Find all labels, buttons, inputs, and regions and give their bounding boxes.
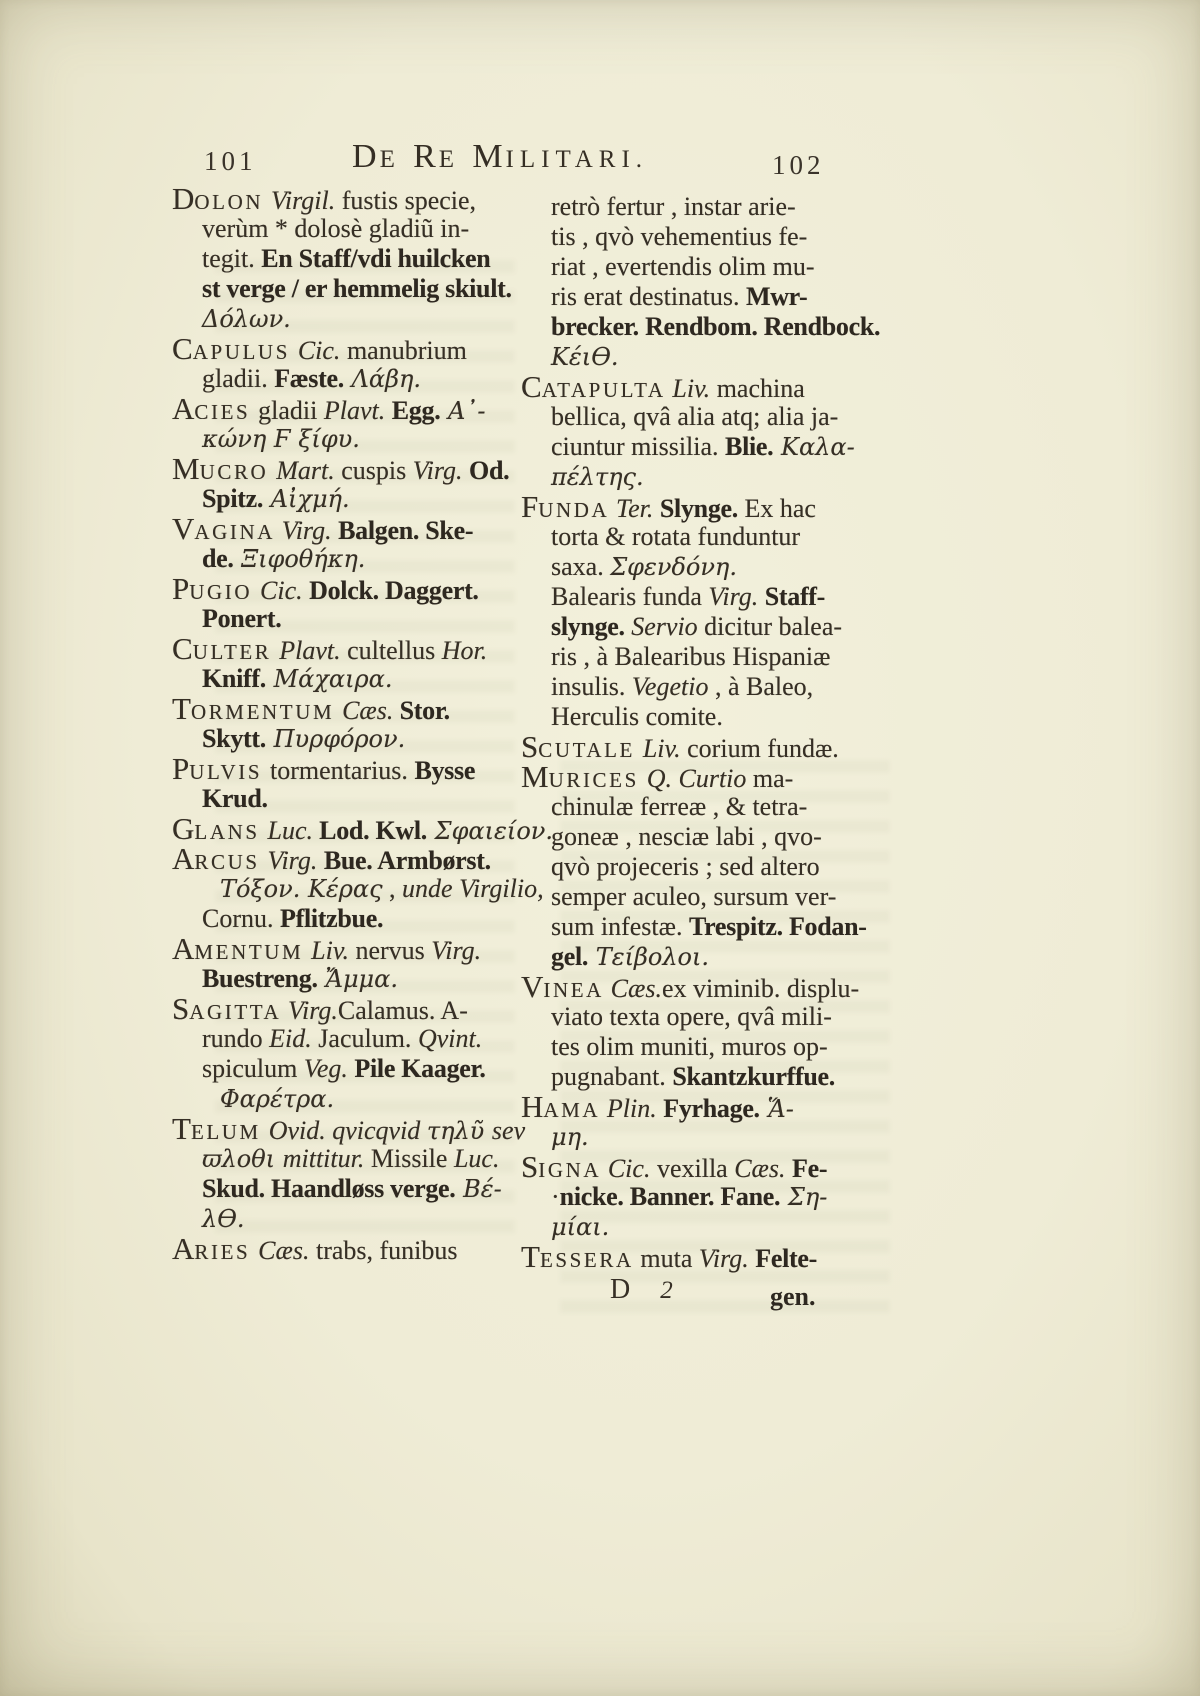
greek-text: Ἄμμα.	[318, 965, 398, 993]
blackletter-text: de.	[202, 544, 234, 573]
italic-text: Virg.	[413, 456, 463, 485]
initial-capital: F	[521, 489, 538, 524]
smallcaps-text: ULVIS	[189, 760, 270, 784]
page-title: DE RE MILITARI.	[352, 138, 648, 176]
catchword: gen.	[770, 1282, 816, 1312]
blackletter-text: Skantzkurffue.	[672, 1062, 835, 1091]
smallcaps-text: OLON	[194, 190, 271, 214]
greek-text: Μάχαιρα.	[266, 665, 393, 693]
text-line: VINEA Cæs.ex viminib. displu-	[521, 972, 913, 1002]
text-line: ARIES Cæs. trabs, funibus	[172, 1234, 518, 1264]
smallcaps-text: AGITTA	[189, 1000, 288, 1024]
italic-text: Luc.	[267, 816, 313, 845]
text-segment: viato texta opere, qvâ mili-	[551, 1002, 832, 1031]
text-line: de. Ξιφοθήκη.	[172, 544, 518, 574]
italic-text: Cic.	[298, 336, 341, 365]
text-line: CULTER Plavt. cultellus Hor.	[172, 634, 518, 664]
initial-capital: T	[521, 1239, 540, 1274]
blackletter-text: slynge.	[551, 612, 625, 641]
text-line: bellica, qvâ alia atq; alia ja-	[521, 402, 913, 432]
blackletter-text: Krud.	[202, 784, 268, 813]
text-line: gladii. Fæste. Λάβη.	[172, 364, 518, 394]
text-line: slynge. Servio dicitur balea-	[521, 612, 913, 642]
italic-text: Cæs.	[611, 974, 662, 1003]
text-line: tegit. En Staff/vdi huilcken	[172, 244, 518, 274]
text-line: TELUM Ovid. qvicqvid τηλῦ sev	[172, 1114, 518, 1144]
blackletter-text: Skud. Haandløss verge.	[202, 1174, 455, 1203]
text-line: verùm * dolosè gladiũ in-	[172, 214, 518, 244]
text-line: PUGIO Cic. Dolck. Daggert.	[172, 574, 518, 604]
italic-text: Luc.	[454, 1144, 500, 1173]
italic-text: Virg.	[288, 996, 338, 1025]
italic-text: Ovid.	[269, 1116, 326, 1145]
text-line: MUCRO Mart. cuspis Virg. Od.	[172, 454, 518, 484]
text-segment: nervus	[349, 936, 431, 965]
greek-text: μίαι.	[551, 1213, 609, 1241]
text-line: torta & rotata funduntur	[521, 522, 913, 552]
italic-text: Virg.	[699, 1244, 749, 1273]
text-line: goneæ , nesciæ labi , qvo-	[521, 822, 913, 852]
text-line: DOLON Virgil. fustis specie,	[172, 184, 518, 214]
italic-text: Cic.	[260, 576, 303, 605]
text-segment: bellica, qvâ alia atq; alia ja-	[551, 402, 838, 431]
text-segment: saxa.	[551, 552, 610, 581]
text-segment: gladii.	[202, 364, 274, 393]
text-line: ·nicke. Banner. Fane. Ση-	[521, 1182, 913, 1212]
text-segment: sum infestæ.	[551, 912, 689, 941]
initial-capital: D	[172, 181, 194, 216]
text-segment: verùm * dolosè gladiũ in-	[202, 214, 469, 243]
blackletter-text: Bue. Armbørst.	[324, 846, 491, 875]
text-segment: semper aculeo, sursum ver-	[551, 882, 836, 911]
text-segment: Jaculum.	[312, 1024, 418, 1053]
text-line: SCUTALE Liv. corium fundæ.	[521, 732, 913, 762]
initial-capital: V	[521, 969, 543, 1004]
smallcaps-text: AMA	[543, 1098, 607, 1122]
initial-capital: T	[172, 691, 191, 726]
blackletter-text: Mwr-	[746, 282, 807, 311]
text-segment: machina	[710, 374, 805, 403]
text-line: Herculis comite.	[521, 702, 913, 732]
greek-text: Αἰχμή.	[263, 485, 350, 513]
text-segment: R	[413, 138, 439, 175]
text-segment: goneæ , nesciæ labi , qvo-	[551, 822, 822, 851]
smallcaps-text: ESSERA	[540, 1248, 640, 1272]
italic-text: qvicqvid	[332, 1116, 427, 1145]
blackletter-text: Stor.	[393, 696, 449, 725]
italic-text: Virg.	[708, 582, 758, 611]
blackletter-text: Pflitzbue.	[280, 904, 383, 933]
page-number-left: 101	[204, 146, 257, 177]
text-line: Φαρέτρα.	[172, 1084, 518, 1114]
text-line: Krud.	[172, 784, 518, 814]
text-segment: trabs, funibus	[309, 1236, 457, 1265]
text-segment: qvò projeceris ; sed altero	[551, 852, 820, 881]
text-segment: ILITARI.	[506, 146, 649, 173]
text-line: πέλτης.	[521, 462, 913, 492]
text-line: insulis. Vegetio , à Baleo,	[521, 672, 913, 702]
text-segment: Cornu.	[202, 904, 280, 933]
text-segment: fustis specie,	[335, 186, 476, 215]
blackletter-text: Od.	[469, 456, 509, 485]
blackletter-text: Fe-	[792, 1154, 827, 1183]
italic-text: Servio	[631, 612, 697, 641]
italic-text: Vegetio	[632, 672, 709, 701]
blackletter-text: Egg.	[392, 396, 441, 425]
text-line: riat , evertendis olim mu-	[521, 252, 913, 282]
italic-text: mittitur.	[283, 1144, 365, 1173]
text-segment: rundo	[202, 1024, 269, 1053]
text-segment: Ex hac	[738, 494, 816, 523]
italic-text: Cæs.	[734, 1154, 785, 1183]
text-line: CAPULUS Cic. manubrium	[172, 334, 518, 364]
italic-text: Virg.	[268, 846, 318, 875]
text-line: viato texta opere, qvâ mili-	[521, 1002, 913, 1032]
smallcaps-text: UNDA	[538, 498, 616, 522]
text-segment: tegit.	[202, 244, 261, 273]
smallcaps-text: RIES	[194, 1240, 258, 1264]
smallcaps-text: LANS	[194, 820, 267, 844]
blackletter-text: Lod. Kwl.	[313, 816, 427, 845]
text-line: λϴ.	[172, 1204, 518, 1234]
blackletter-text: Buestreng.	[202, 964, 318, 993]
text-line: tis , qvò vehementius fe-	[521, 222, 913, 252]
smallcaps-text: UCRO	[200, 460, 277, 484]
text-line: rundo Eid. Jaculum. Qvint.	[172, 1024, 518, 1054]
italic-text: Virg.	[431, 936, 481, 965]
text-segment: cuspis	[335, 456, 413, 485]
smallcaps-text: RCUS	[194, 850, 267, 874]
smallcaps-text: ATAPULTA	[542, 378, 673, 402]
text-segment: retrò fertur , instar arie-	[551, 192, 796, 221]
italic-text: Virgil.	[271, 186, 335, 215]
smallcaps-text: ORMENTUM	[191, 700, 342, 724]
text-line: Κέιϴ.	[521, 342, 913, 372]
text-line: μη.	[521, 1122, 913, 1152]
initial-capital: A	[172, 1231, 194, 1266]
text-line: TESSERA muta Virg. Felte-	[521, 1242, 913, 1272]
blackletter-text: Pile Kaager.	[354, 1054, 485, 1083]
italic-text: Liv.	[311, 936, 349, 965]
text-line: qvò projeceris ; sed altero	[521, 852, 913, 882]
greek-text: Δόλων.	[202, 305, 291, 333]
greek-text: Βέ-	[455, 1175, 501, 1203]
text-line: SIGNA Cic. vexilla Cæs. Fe-	[521, 1152, 913, 1182]
blackletter-text: Fæste.	[274, 364, 344, 393]
text-line: ϖλοθι mittitur. Missile Luc.	[172, 1144, 518, 1174]
text-line: Cornu. Pflitzbue.	[172, 904, 518, 934]
italic-text: Liv.	[672, 374, 710, 403]
smallcaps-text: MENTUM	[194, 940, 311, 964]
text-segment: manubrium	[340, 336, 466, 365]
initial-capital: A	[172, 841, 194, 876]
text-segment: E	[439, 146, 473, 173]
text-segment: gladii	[258, 396, 324, 425]
text-segment: ma-	[746, 764, 793, 793]
greek-text: κώνη Ϝ ξίφυ.	[202, 425, 360, 453]
initial-capital: S	[172, 991, 189, 1026]
text-line: semper aculeo, sursum ver-	[521, 882, 913, 912]
smallcaps-text: APULUS	[193, 340, 298, 364]
blackletter-text: Blie.	[725, 432, 773, 461]
smallcaps-text: CUTALE	[538, 738, 643, 762]
greek-text: Ξιφοθήκη.	[234, 545, 366, 573]
italic-text: Plin.	[607, 1094, 657, 1123]
text-line: AMENTUM Liv. nervus Virg.	[172, 934, 518, 964]
blackletter-text: Trespitz. Fodan-	[689, 912, 867, 941]
book-page: 101 DE RE MILITARI. 102 DOLON Virgil. fu…	[0, 0, 1200, 1696]
italic-text: Hor.	[442, 636, 488, 665]
greek-text: τηλῦ	[427, 1117, 492, 1145]
italic-text: Plavt.	[324, 396, 385, 425]
greek-text: Ἅ-	[760, 1095, 794, 1123]
initial-capital: C	[172, 331, 193, 366]
text-segment: chinulæ ferreæ , & tetra-	[551, 792, 807, 821]
initial-capital: C	[521, 369, 542, 404]
text-line: κώνη Ϝ ξίφυ.	[172, 424, 518, 454]
greek-text: Κέιϴ.	[551, 343, 619, 371]
initial-capital: M	[172, 451, 200, 486]
text-line: ACIES gladii Plavt. Egg. Α᾽-	[172, 394, 518, 424]
blackletter-text: En Staff/vdi huilcken	[261, 244, 490, 273]
right-column: retrò fertur , instar arie-tis , qvò veh…	[521, 192, 913, 1272]
text-segment: muta	[640, 1244, 699, 1273]
text-segment: Calamus. A-	[338, 996, 468, 1025]
italic-text: Qvint.	[418, 1024, 482, 1053]
initial-capital: H	[521, 1089, 543, 1124]
text-line: saxa. Σφενδόνη.	[521, 552, 913, 582]
blackletter-text: Skytt.	[202, 724, 266, 753]
blackletter-text: Staff-	[765, 582, 825, 611]
text-line: st verge / er hemmelig skiult.	[172, 274, 518, 304]
smallcaps-text: ELUM	[191, 1120, 269, 1144]
text-segment: ·	[551, 1182, 560, 1211]
smallcaps-text: URICES	[549, 768, 647, 792]
text-line: Τόξον. Κέρας , unde Virgilio,	[172, 874, 518, 904]
smallcaps-text: INEA	[543, 978, 610, 1002]
page-number-right: 102	[772, 150, 825, 181]
text-segment: ex viminib. displu-	[662, 974, 859, 1003]
text-segment: D	[352, 138, 380, 175]
text-line: PULVIS tormentarius. Bysse	[172, 754, 518, 784]
initial-capital: V	[172, 511, 194, 546]
text-segment: ris , à Balearibus Hispaniæ	[551, 642, 830, 671]
left-column: DOLON Virgil. fustis specie,verùm * dolo…	[172, 184, 518, 1264]
blackletter-text: nicke. Banner. Fane.	[560, 1182, 781, 1211]
blackletter-text: gel.	[551, 942, 588, 971]
text-segment: ,	[383, 874, 403, 903]
text-line: Spitz. Αἰχμή.	[172, 484, 518, 514]
text-line: Δόλων.	[172, 304, 518, 334]
text-segment: tis , qvò vehementius fe-	[551, 222, 807, 251]
text-segment: torta & rotata funduntur	[551, 522, 800, 551]
text-line: chinulæ ferreæ , & tetra-	[521, 792, 913, 822]
blackletter-text: Ponert.	[202, 604, 281, 633]
text-line: spiculum Veg. Pile Kaager.	[172, 1054, 518, 1084]
text-line: Skud. Haandløss verge. Βέ-	[172, 1174, 518, 1204]
text-segment: tormentarius.	[270, 756, 414, 785]
signature-number: 2	[660, 1277, 673, 1304]
quire-signature: D2	[610, 1274, 673, 1306]
blackletter-text: Fyrhage.	[663, 1094, 760, 1123]
greek-text: Φαρέτρα.	[220, 1085, 334, 1113]
initial-capital: C	[172, 631, 193, 666]
signature-letter: D	[610, 1274, 630, 1305]
text-segment: ciuntur missilia.	[551, 432, 725, 461]
greek-text: Πυρφόρον.	[266, 725, 405, 753]
italic-text: Veg.	[304, 1054, 348, 1083]
text-line: HAMA Plin. Fyrhage. Ἅ-	[521, 1092, 913, 1122]
text-line: Buestreng. Ἄμμα.	[172, 964, 518, 994]
text-line: VAGINA Virg. Balgen. Ske-	[172, 514, 518, 544]
blackletter-text: Kniff.	[202, 664, 266, 693]
text-line: retrò fertur , instar arie-	[521, 192, 913, 222]
greek-text: λϴ.	[202, 1205, 245, 1233]
text-line: brecker. Rendbom. Rendbock.	[521, 312, 913, 342]
greek-text: πέλτης.	[551, 463, 644, 491]
text-segment: spiculum	[202, 1054, 304, 1083]
greek-text: Τείβολοι.	[588, 943, 709, 971]
text-segment: Balearis funda	[551, 582, 708, 611]
text-line: Kniff. Μάχαιρα.	[172, 664, 518, 694]
text-line: ARCUS Virg. Bue. Armbørst.	[172, 844, 518, 874]
text-line: TORMENTUM Cæs. Stor.	[172, 694, 518, 724]
italic-text: Mart.	[276, 456, 335, 485]
initial-capital: A	[172, 931, 194, 966]
text-line: Balearis funda Virg. Staff-	[521, 582, 913, 612]
text-line: CATAPULTA Liv. machina	[521, 372, 913, 402]
blackletter-text: Felte-	[755, 1244, 817, 1273]
text-line: FUNDA Ter. Slynge. Ex hac	[521, 492, 913, 522]
greek-text: Ση-	[780, 1183, 827, 1211]
smallcaps-text: AGINA	[194, 520, 281, 544]
text-segment: corium fundæ.	[681, 734, 839, 763]
initial-capital: S	[521, 1149, 538, 1184]
text-line: ris , à Balearibus Hispaniæ	[521, 642, 913, 672]
italic-text: Cæs.	[342, 696, 393, 725]
text-line: ris erat destinatus. Mwr-	[521, 282, 913, 312]
text-line: pugnabant. Skantzkurffue.	[521, 1062, 913, 1092]
greek-text: Λάβη.	[344, 365, 421, 393]
text-segment: insulis.	[551, 672, 632, 701]
text-line: SAGITTA Virg.Calamus. A-	[172, 994, 518, 1024]
italic-text: Cic.	[608, 1154, 651, 1183]
italic-text: Cæs.	[258, 1236, 309, 1265]
greek-text: ϖλοθι	[202, 1145, 283, 1173]
blackletter-text: brecker. Rendbom. Rendbock.	[551, 312, 880, 341]
text-line: Skytt. Πυρφόρον.	[172, 724, 518, 754]
greek-text: μη.	[551, 1123, 589, 1151]
text-line: μίαι.	[521, 1212, 913, 1242]
text-line: GLANS Luc. Lod. Kwl. Σφαιείον.	[172, 814, 518, 844]
text-segment: Missile	[364, 1144, 454, 1173]
blackletter-text: Bysse	[414, 756, 475, 785]
smallcaps-text: CIES	[194, 400, 258, 424]
italic-text: Plavt.	[279, 636, 340, 665]
text-segment: cultellus	[341, 636, 442, 665]
text-segment: vexilla	[650, 1154, 734, 1183]
text-line: ciuntur missilia. Blie. Καλα-	[521, 432, 913, 462]
text-segment: E	[380, 146, 414, 173]
initial-capital: M	[521, 759, 549, 794]
text-segment: Herculis comite.	[551, 702, 723, 731]
initial-capital: T	[172, 1111, 191, 1146]
greek-text: Καλα-	[773, 433, 854, 461]
blackletter-text: Slynge.	[660, 494, 738, 523]
blackletter-text: st verge / er hemmelig skiult.	[202, 274, 512, 303]
blackletter-text: Spitz.	[202, 484, 263, 513]
text-segment: M	[472, 138, 505, 175]
initial-capital: A	[172, 391, 194, 426]
initial-capital: P	[172, 571, 189, 606]
text-line: Ponert.	[172, 604, 518, 634]
text-line: gel. Τείβολοι.	[521, 942, 913, 972]
greek-text: Α᾽-	[440, 397, 485, 425]
greek-text: Σφενδόνη.	[610, 553, 737, 581]
italic-text: Liv.	[643, 734, 681, 763]
text-segment: , à Baleo,	[708, 672, 813, 701]
text-line: tes olim muniti, muros op-	[521, 1032, 913, 1062]
blackletter-text: Dolck. Daggert.	[309, 576, 479, 605]
greek-text: Τόξον. Κέρας	[220, 875, 383, 903]
text-segment: dicitur balea-	[698, 612, 842, 641]
smallcaps-text: IGNA	[538, 1158, 608, 1182]
italic-text: Ter.	[616, 494, 653, 523]
blackletter-text: Balgen. Ske-	[338, 516, 473, 545]
text-segment: tes olim muniti, muros op-	[551, 1032, 828, 1061]
text-line: sum infestæ. Trespitz. Fodan-	[521, 912, 913, 942]
italic-text: Q. Curtio	[647, 764, 747, 793]
text-line: MURICES Q. Curtio ma-	[521, 762, 913, 792]
smallcaps-text: ULTER	[193, 640, 280, 664]
initial-capital: P	[172, 751, 189, 786]
italic-text: Virg.	[282, 516, 332, 545]
text-segment: ris erat destinatus.	[551, 282, 746, 311]
text-segment: riat , evertendis olim mu-	[551, 252, 815, 281]
smallcaps-text: UGIO	[189, 580, 260, 604]
italic-text: Eid.	[269, 1024, 312, 1053]
text-segment: pugnabant.	[551, 1062, 672, 1091]
